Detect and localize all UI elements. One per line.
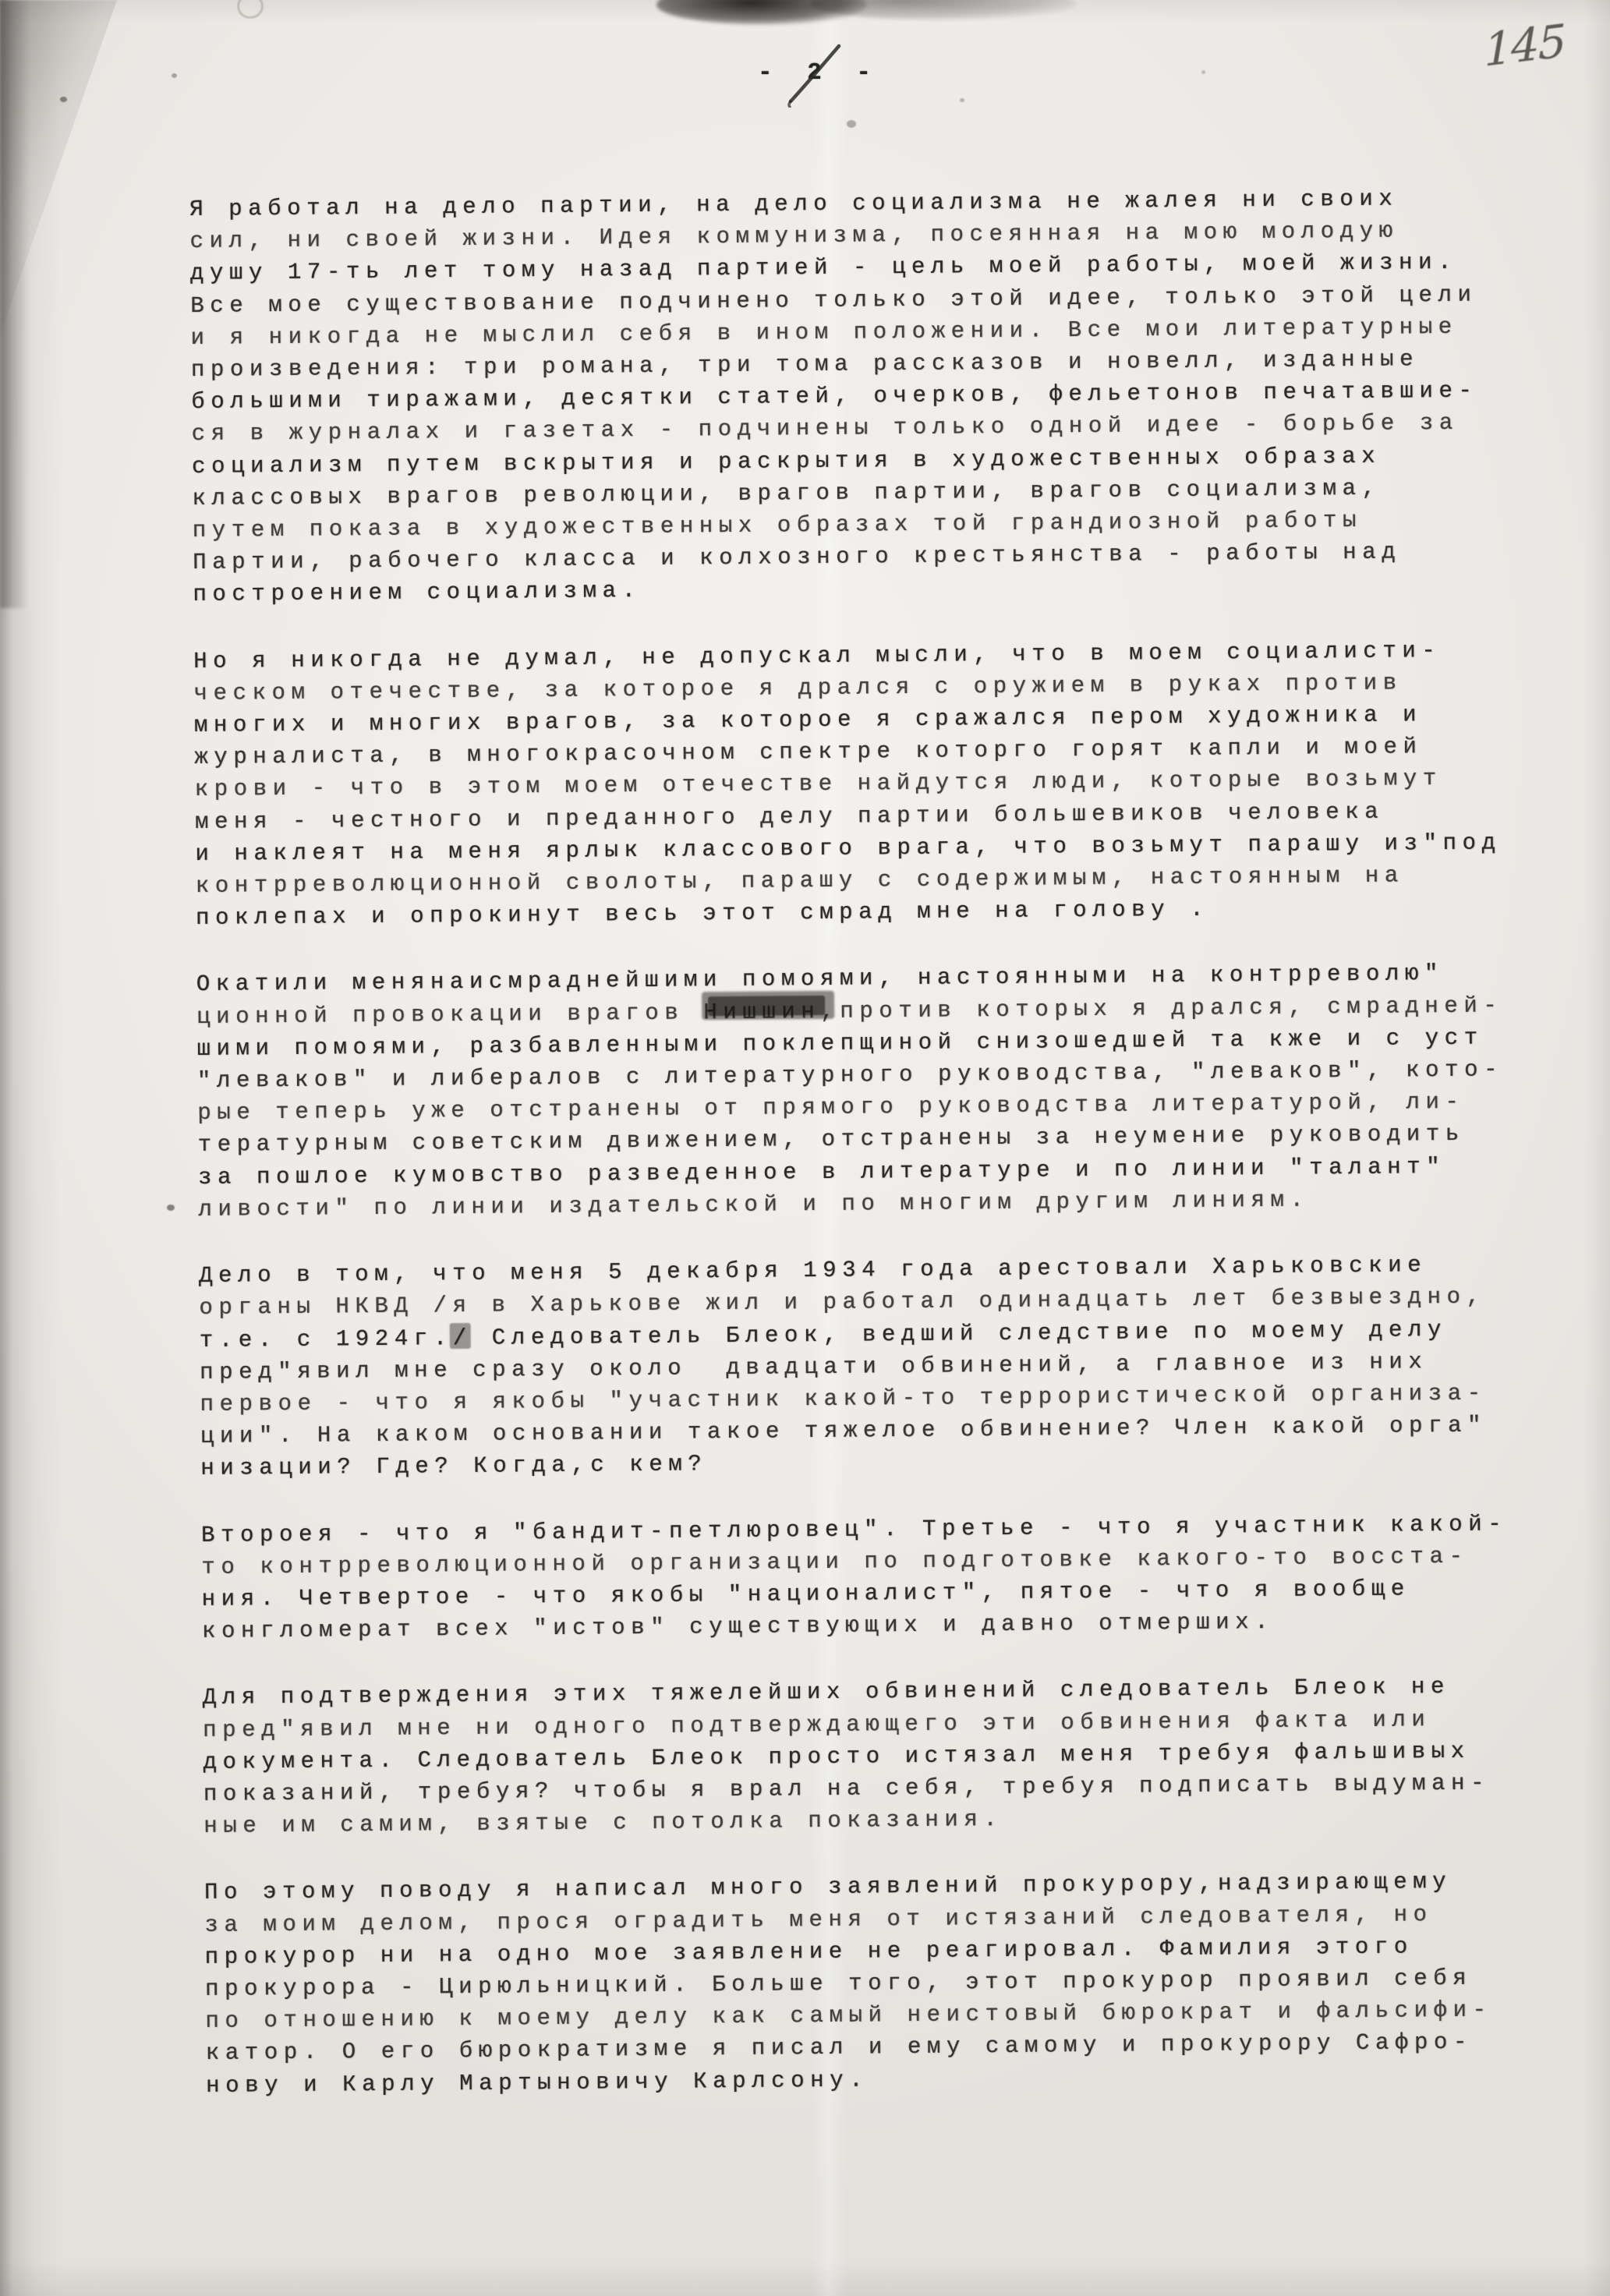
scanned-document-page: { "page": { "typed_page_number": "- 2 -"… — [0, 0, 1610, 2296]
paper-speck — [60, 97, 67, 102]
typewritten-text-block: Я работал на дело партии, на дело социал… — [189, 182, 1588, 2136]
paragraph-1: Я работал на дело партии, на дело социал… — [189, 182, 1575, 611]
handwritten-page-number: 145 — [1484, 13, 1566, 76]
paragraph-3: Окатили менянаисмраднейшими помоями, нас… — [196, 957, 1580, 1226]
paper-speck — [960, 98, 964, 102]
handwritten-slash-correction — [784, 42, 845, 108]
paper-speck — [1201, 70, 1205, 74]
paragraph-6: Для подтверждения этих тяжелейших обвине… — [203, 1670, 1586, 1842]
paragraph-2: Но я никогда не думал, не допускал мысли… — [193, 633, 1577, 934]
paper-speck — [167, 1205, 175, 1211]
paragraph-4: Дело в том, что меня 5 декабря 1934 года… — [199, 1248, 1582, 1485]
paper-left-edge-shade — [0, 0, 28, 608]
overstruck-character-mark — [450, 1323, 471, 1349]
paper-speck — [172, 73, 177, 78]
overstruck-word-redaction-core — [708, 996, 825, 1016]
paragraph-7: По этому поводу я написал много заявлени… — [204, 1865, 1587, 2102]
paper-speck — [847, 120, 856, 128]
paragraph-5: Второея - что я "бандит-петлюровец". Тре… — [201, 1507, 1583, 1647]
